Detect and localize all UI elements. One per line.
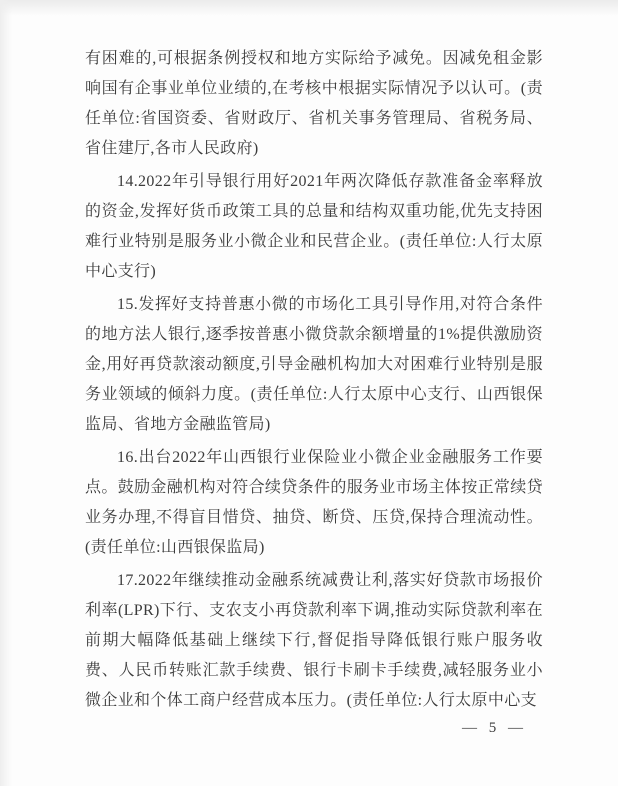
scan-shadow-top <box>0 0 618 16</box>
paragraph-item-15: 15.发挥好支持普惠小微的市场化工具引导作用,对符合条件的地方法人银行,逐季按普… <box>85 290 543 440</box>
page-number: — 5 — <box>462 720 527 737</box>
paragraph-item-14: 14.2022年引导银行用好2021年两次降低存款准备金率释放的资金,发挥好货币… <box>85 167 543 287</box>
paragraph-item-17: 17.2022年继续推动金融系统减费让利,落实好贷款市场报价利率(LPR)下行、… <box>85 566 543 716</box>
scan-shadow-left <box>0 0 12 786</box>
paragraph-item-16: 16.出台2022年山西银行业保险业小微企业金融服务工作要点。鼓励金融机构对符合… <box>85 443 543 563</box>
body-text: 有困难的,可根据条例授权和地方实际给予减免。因减免租金影响国有企事业单位业绩的,… <box>85 44 543 719</box>
paragraph-carryover: 有困难的,可根据条例授权和地方实际给予减免。因减免租金影响国有企事业单位业绩的,… <box>85 44 543 164</box>
document-page: 有困难的,可根据条例授权和地方实际给予减免。因减免租金影响国有企事业单位业绩的,… <box>0 0 618 786</box>
